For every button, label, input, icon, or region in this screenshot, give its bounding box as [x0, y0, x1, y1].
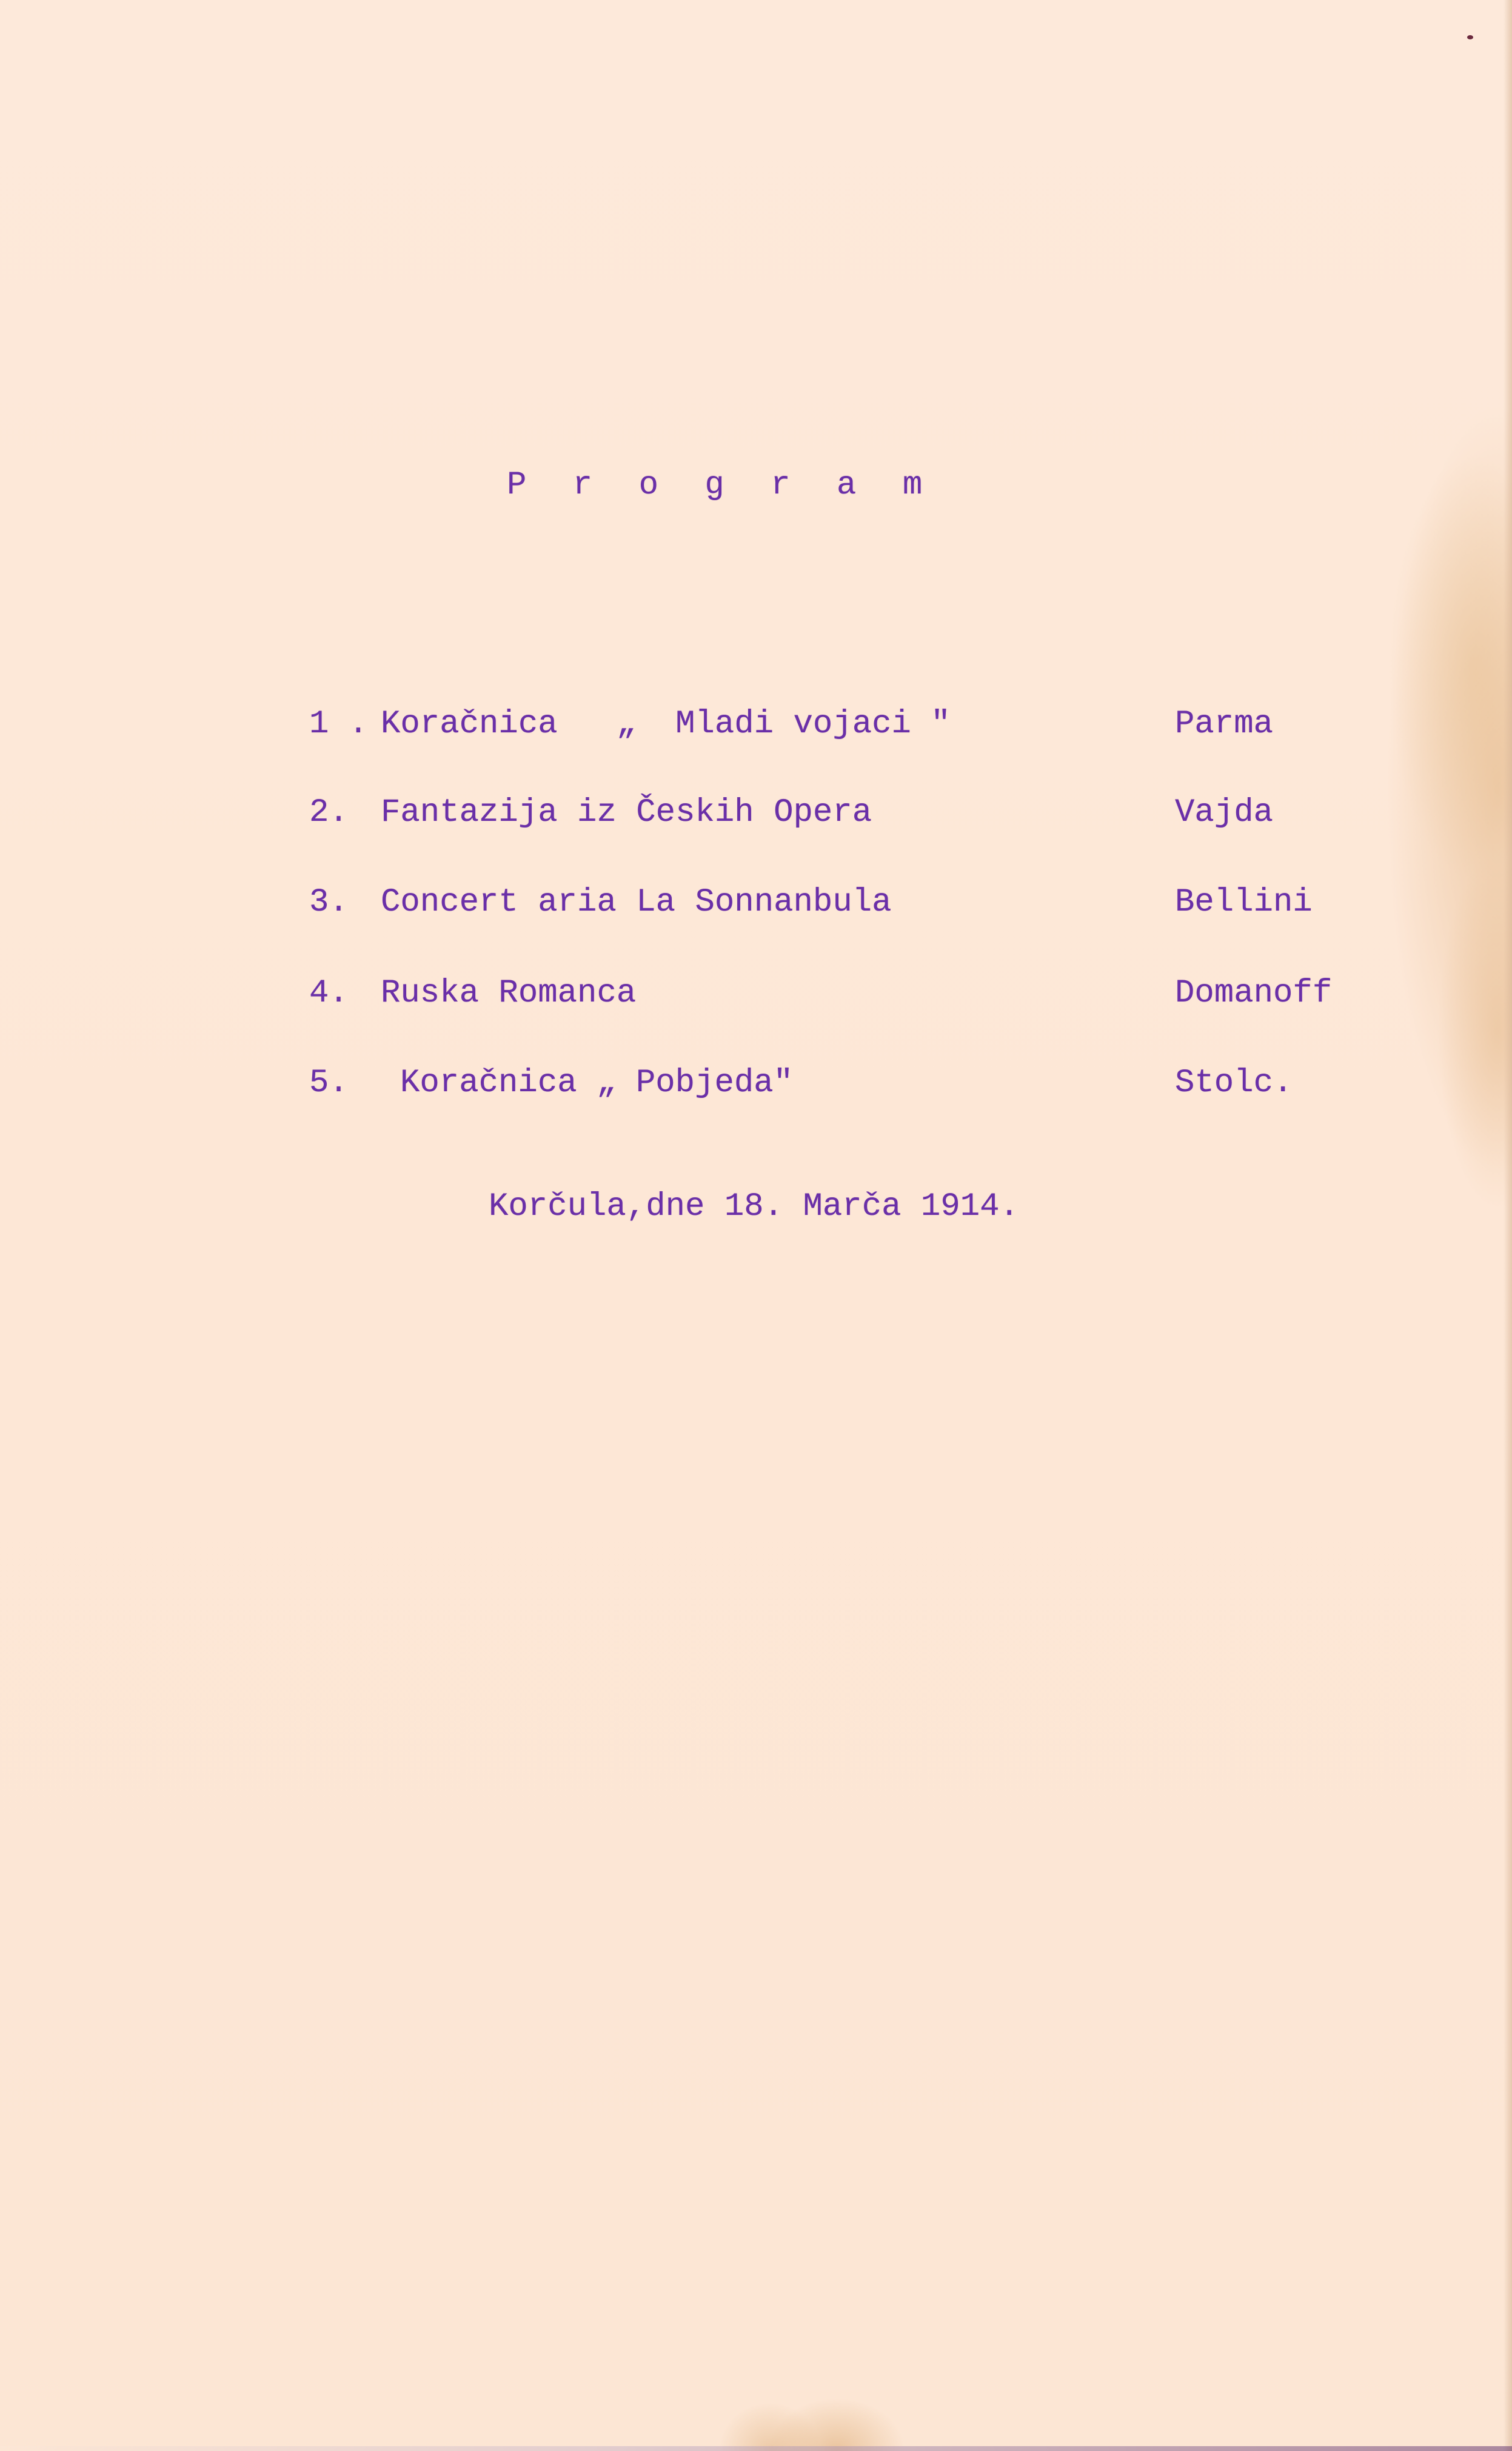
item-piece: Koračnica „ Mladi vojaci "	[381, 708, 951, 741]
item-number: 2.	[309, 797, 349, 829]
item-composer: Parma	[1175, 708, 1273, 741]
item-piece: Fantazija iz Českih Opera	[381, 797, 872, 829]
paper-bottom-edge	[0, 2446, 1512, 2451]
item-number: 4.	[309, 977, 349, 1010]
item-composer: Vajda	[1175, 797, 1273, 829]
item-piece: Concert aria La Sonnanbula	[381, 886, 892, 919]
place-and-date: Korčula,dne 18. Marča 1914.	[489, 1191, 1019, 1223]
paper-edge-shadow	[1504, 0, 1512, 2451]
item-composer: Bellini	[1175, 886, 1313, 919]
item-piece: Ruska Romanca	[381, 977, 636, 1010]
document-page: P r o g r a m 1 . Koračnica „ Mladi voja…	[0, 0, 1512, 2451]
item-number: 1 .	[309, 708, 368, 741]
item-composer: Domanoff	[1175, 977, 1332, 1010]
item-number: 3.	[309, 886, 349, 919]
page-title: P r o g r a m	[507, 469, 935, 502]
item-piece: Koračnica „ Pobjeda"	[400, 1067, 793, 1100]
item-number: 5.	[309, 1067, 349, 1100]
ink-speck-mark	[1467, 35, 1473, 39]
item-composer: Stolc.	[1175, 1067, 1293, 1100]
